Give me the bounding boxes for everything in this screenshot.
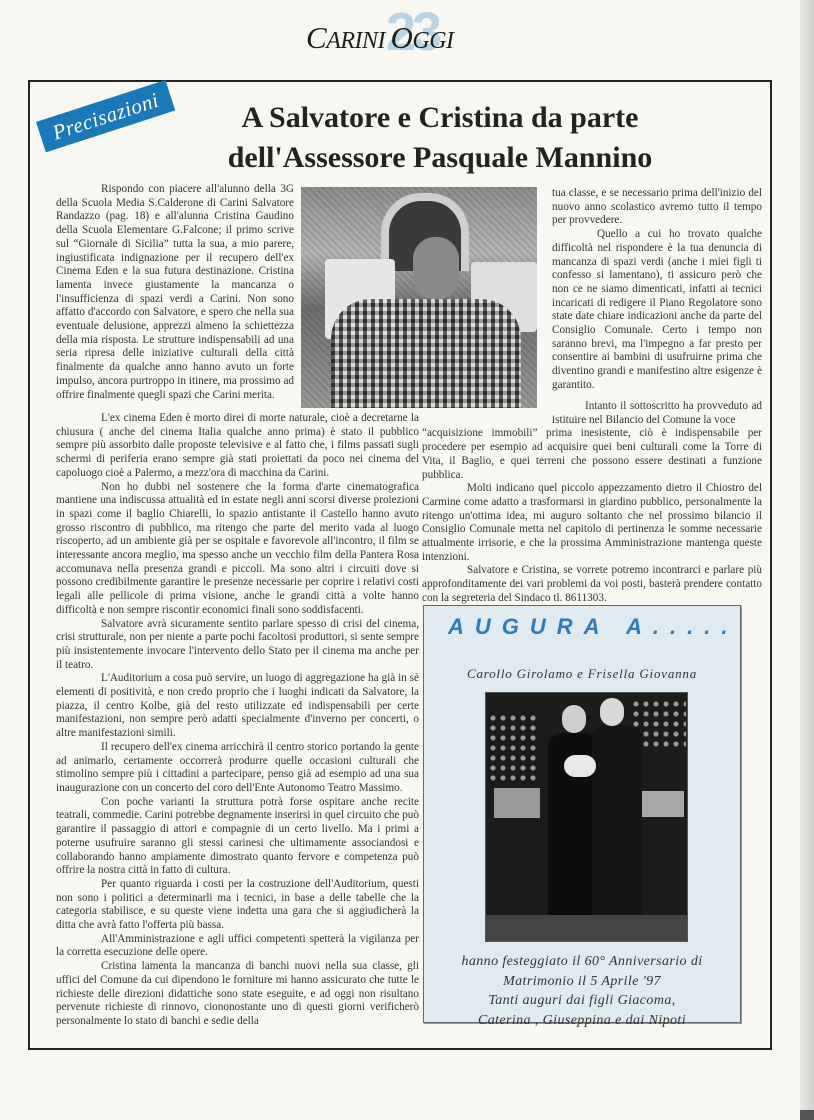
greeting-message: hanno festeggiato il 60° Anniversario di… bbox=[424, 952, 740, 1030]
article-paragraph: L'ex cinema Eden è morto direi di morte … bbox=[56, 412, 419, 481]
article-paragraph: tua classe, e se necessario prima dell'i… bbox=[552, 187, 762, 228]
article-column-right-middle: Intanto il sottoscritto ha provveduto ad… bbox=[422, 400, 762, 619]
article-column-right-top: tua classe, e se necessario prima dell'i… bbox=[552, 187, 762, 393]
article-paragraph: Cristina lamenta la mancanza di banchi n… bbox=[56, 960, 419, 1029]
greeting-title: AUGURA A..... bbox=[448, 614, 718, 640]
article-paragraph: Non ho dubbi nel sostenere che la forma … bbox=[56, 481, 419, 618]
anniversary-couple-photo bbox=[485, 692, 688, 942]
article-paragraph: All'Amministrazione e agli uffici compet… bbox=[56, 933, 419, 960]
portrait-photo bbox=[301, 187, 537, 408]
article-column-left-top: Rispondo con piacere all'alunno della 3G… bbox=[56, 183, 294, 402]
article-headline: A Salvatore e Cristina da parte dell'Ass… bbox=[150, 98, 730, 178]
article-paragraph: Molti indicano quel piccolo appezzamento… bbox=[422, 482, 762, 564]
page-gutter bbox=[800, 0, 814, 1120]
masthead: 23 CARINI OGGI bbox=[0, 4, 814, 54]
article-paragraph: Intanto il sottoscritto ha provveduto ad… bbox=[552, 400, 762, 427]
article-column-left-bottom: L'ex cinema Eden è morto direi di morte … bbox=[56, 412, 419, 1029]
article-paragraph: Per quanto riguarda i costi per la costr… bbox=[56, 878, 419, 933]
newspaper-title: CARINI OGGI bbox=[306, 20, 454, 56]
article-paragraph: Quello a cui ho trovato qualche difficol… bbox=[552, 228, 762, 392]
article-paragraph: L'Auditorium a cosa può servire, un luog… bbox=[56, 672, 419, 741]
article-paragraph: “acquisizione immobili” prima inesistent… bbox=[422, 427, 762, 482]
article-paragraph: Il recupero dell'ex cinema arricchirà il… bbox=[56, 741, 419, 796]
article-paragraph: Con poche varianti la struttura potrà fo… bbox=[56, 796, 419, 878]
anniversary-greeting-card: AUGURA A..... Carollo Girolamo e Frisell… bbox=[423, 605, 741, 1023]
article-paragraph: Salvatore e Cristina, se vorrete potremo… bbox=[422, 564, 762, 605]
greeting-names: Carollo Girolamo e Frisella Giovanna bbox=[424, 666, 740, 682]
page-gutter-shadow bbox=[800, 1110, 814, 1120]
article-paragraph: Salvatore avrà sicuramente sentito parla… bbox=[56, 618, 419, 673]
article-paragraph: Rispondo con piacere all'alunno della 3G… bbox=[56, 183, 294, 402]
